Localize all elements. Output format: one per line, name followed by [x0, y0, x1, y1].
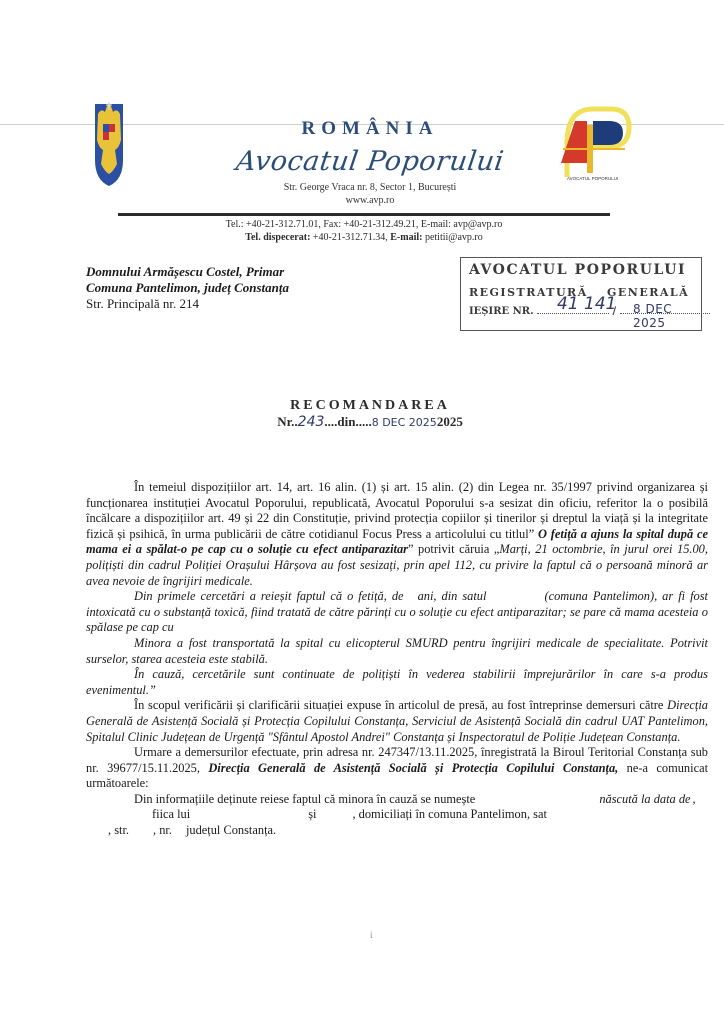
addressee-name: Domnului Armășescu Costel, Primar: [86, 264, 289, 280]
document-title: RECOMANDAREA: [240, 398, 500, 414]
addressee-street: Str. Principală nr. 214: [86, 296, 289, 312]
registry-stamp: AVOCATUL POPORULUI REGISTRATURĂGENERALĂ …: [460, 257, 702, 331]
dispatch-email-label: E-mail:: [390, 232, 422, 243]
responding-institution: Direcția Generală de Asistență Socială ș…: [208, 761, 618, 775]
paragraph-investigation: În cauză, cercetările sunt continuate de…: [86, 667, 708, 698]
paragraph-transport: Minora a fost transportată la spital cu …: [86, 636, 708, 667]
svg-text:AVOCATUL POPORULUI: AVOCATUL POPORULUI: [567, 176, 618, 181]
romania-coat-of-arms-icon: [93, 100, 125, 188]
addressee-block: Domnului Armășescu Costel, Primar Comuna…: [86, 264, 289, 312]
page-mark: i: [370, 930, 373, 940]
dispatch-label: Tel. dispecerat:: [245, 232, 310, 243]
paragraph-response: Urmare a demersurilor efectuate, prin ad…: [86, 745, 708, 792]
institution-name: Avocatul Poporului: [198, 146, 542, 177]
stamp-exit-number: 41 141: [557, 294, 616, 314]
stamp-general-label: GENERALĂ: [607, 286, 689, 299]
avp-logo-icon: AVOCATUL POPORULUI: [553, 103, 633, 183]
dispatch-email[interactable]: petitii@avp.ro: [422, 232, 482, 243]
paragraph-verification: În scopul verificării și clarificării si…: [86, 698, 708, 745]
dispatch-contact-line: Tel. dispecerat: +40-21-312.71.34, E-mai…: [118, 232, 610, 243]
document-year: 2025: [437, 414, 463, 429]
paragraph-minor-details: Din informațiile deținute reiese faptul …: [86, 792, 708, 839]
institution-website[interactable]: www.avp.ro: [200, 195, 540, 206]
stamp-exit-label: IEȘIRE NR.: [469, 306, 534, 317]
stamp-institution: AVOCATUL POPORULUI: [469, 262, 686, 278]
document-number: 243: [298, 414, 325, 430]
dispatch-phone: +40-21-312.71.34,: [310, 232, 390, 243]
document-body: În temeiul dispozițiilor art. 14, art. 1…: [86, 480, 708, 839]
stamp-date: 8 DEC 2025: [633, 302, 701, 330]
institution-address: Str. George Vraca nr. 8, Sector 1, Bucur…: [200, 182, 540, 193]
country-heading: ROMÂNIA: [200, 118, 540, 140]
paragraph-legal-basis: În temeiul dispozițiilor art. 14, art. 1…: [86, 480, 708, 589]
addressee-commune: Comuna Pantelimon, județ Constanța: [86, 280, 289, 296]
document-number-line: Nr..243....din.....8 DEC 20252025: [240, 414, 500, 430]
header-divider: [118, 213, 610, 216]
contact-line: Tel.: +40-21-312.71.01, Fax: +40-21-312.…: [118, 219, 610, 230]
document-date-stamp: 8 DEC 2025: [372, 416, 437, 429]
paragraph-initial-findings: Din primele cercetări a reieșit faptul c…: [86, 589, 708, 636]
